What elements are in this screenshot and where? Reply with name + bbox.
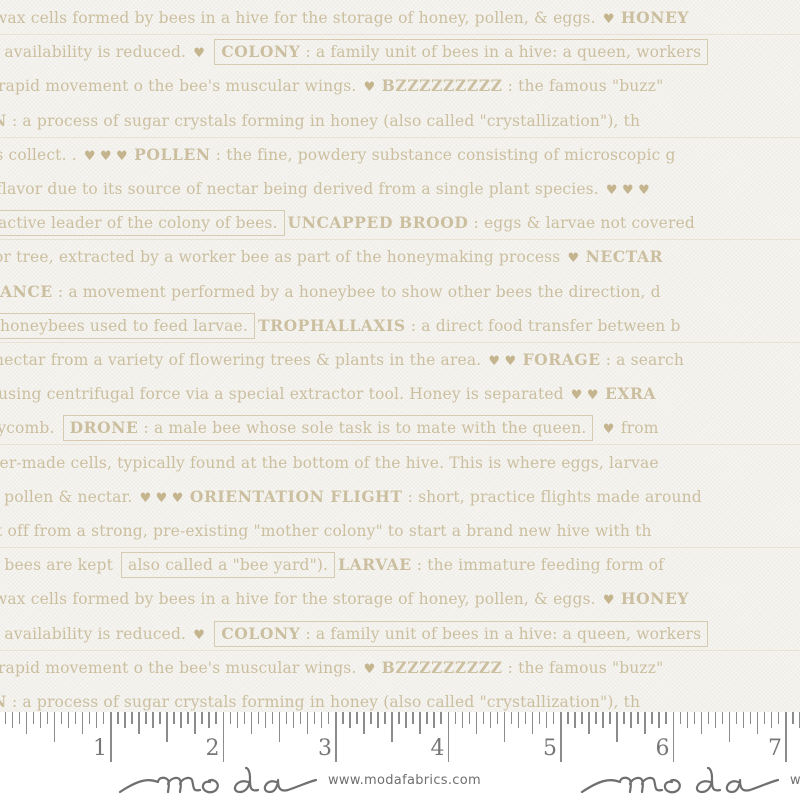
ruler-tick — [680, 712, 682, 724]
ruler-tick — [5, 712, 7, 724]
ruler-tick — [497, 712, 499, 724]
glossary-text: e availability is reduced. — [0, 43, 191, 61]
glossary-term: BZZZZZZZZZ — [382, 76, 503, 95]
glossary-text: : a direct food transfer between b — [406, 317, 681, 335]
ruler-tick — [504, 712, 506, 742]
ruler-tick — [398, 712, 400, 724]
heart-icon: ♥ — [193, 628, 209, 643]
fabric-text-line: e availability is reduced. ♥ COLONY : a … — [0, 617, 711, 651]
ruler-tick — [215, 712, 217, 724]
ruler-tick — [68, 712, 70, 728]
ruler-number: 1 — [93, 736, 110, 761]
fabric-text-line: e bees are kept also called a "bee yard"… — [0, 548, 664, 582]
ruler-tick — [265, 712, 267, 728]
fabric-text-line: flavor due to its source of nectar being… — [0, 172, 652, 206]
boxed-definition: active leader of the colony of bees. — [0, 210, 285, 236]
ruler-tick — [595, 712, 597, 724]
brand-strip: www.modafabrics.com w — [0, 764, 800, 800]
glossary-term: COLONY — [221, 42, 300, 61]
ruler-tick — [82, 712, 84, 734]
ruler-tick — [279, 712, 281, 742]
measuring-ruler: 1234567 — [0, 712, 800, 764]
ruler-tick — [525, 712, 527, 724]
heart-icon: ♥ — [603, 12, 619, 27]
ruler-number: 6 — [656, 736, 673, 761]
glossary-text: wax cells formed by bees in a hive for t… — [0, 590, 601, 608]
ruler-tick — [230, 712, 232, 724]
ruler-tick — [792, 712, 794, 724]
ruler-tick — [33, 712, 35, 724]
fabric-text-line: es collect. . ♥ ♥ ♥ POLLEN : the fine, p… — [0, 138, 676, 172]
ruler-inch-tick — [448, 712, 450, 762]
fabric-text-line: DANCE : a movement performed by a honeyb… — [0, 275, 661, 309]
glossary-text: or tree, extracted by a worker bee as pa… — [0, 248, 565, 266]
glossary-text: : eggs & larvae not covered — [468, 214, 695, 232]
ruler-tick — [377, 712, 379, 728]
glossary-text: active leader of the colony of bees. — [0, 214, 278, 232]
ruler-tick — [145, 712, 147, 724]
glossary-term: HONEY — [621, 8, 689, 27]
ruler-tick — [237, 712, 239, 728]
ruler-tick — [778, 712, 780, 724]
heart-icon: ♥ ♥ — [488, 354, 520, 369]
ruler-tick — [307, 712, 309, 734]
fabric-text-line: nectar from a variety of flowering trees… — [0, 343, 684, 377]
glossary-text: : a process of sugar crystals forming in… — [7, 112, 640, 130]
heart-icon: ♥ ♥ — [571, 388, 603, 403]
ruler-tick — [567, 712, 569, 724]
glossary-text: wax cells formed by bees in a hive for t… — [0, 9, 601, 27]
ruler-tick — [511, 712, 513, 724]
glossary-term: DRONE — [70, 418, 139, 437]
fabric-text-line: active leader of the colony of bees. UNC… — [0, 206, 695, 240]
ruler-tick — [328, 712, 330, 724]
ruler-tick — [251, 712, 253, 734]
heart-icon: ♥ — [364, 662, 380, 677]
glossary-term: COLONY — [221, 624, 300, 643]
glossary-term: TROPHALLAXIS — [258, 316, 406, 335]
boxed-definition: COLONY : a family unit of bees in a hive… — [214, 39, 708, 65]
ruler-tick — [187, 712, 189, 724]
fabric-text-line: l pollen & nectar. ♥ ♥ ♥ ORIENTATION FLI… — [0, 480, 702, 514]
ruler-tick — [588, 712, 590, 734]
heart-icon: ♥ ♥ ♥ — [140, 491, 188, 506]
glossary-text: : a male bee whose sole task is to mate … — [138, 419, 586, 437]
ruler-tick — [173, 712, 175, 724]
fabric-text-line: wax cells formed by bees in a hive for t… — [0, 582, 689, 616]
glossary-term: BZZZZZZZZZ — [382, 658, 503, 677]
ruler-inch-tick — [785, 712, 787, 762]
ruler-tick — [630, 712, 632, 728]
ruler-tick — [208, 712, 210, 728]
ruler-tick — [152, 712, 154, 728]
heart-icon: ♥ ♥ ♥ — [84, 149, 132, 164]
ruler-tick — [440, 712, 442, 724]
fabric-text-line: honeybees used to feed larvae. TROPHALLA… — [0, 309, 681, 343]
glossary-term: POLLEN — [134, 145, 211, 164]
glossary-text: rapid movement o the bee's muscular wing… — [0, 77, 362, 95]
ruler-tick — [166, 712, 168, 742]
glossary-text: eycomb. — [0, 419, 60, 437]
ruler-tick — [736, 712, 738, 724]
ruler-tick — [715, 712, 717, 728]
ruler-tick — [665, 712, 667, 724]
glossary-term: DANCE — [0, 282, 53, 301]
ruler-tick — [433, 712, 435, 728]
glossary-text: nectar from a variety of flowering trees… — [0, 351, 486, 369]
ruler-tick — [300, 712, 302, 724]
glossary-text: t off from a strong, pre-existing "mothe… — [0, 522, 652, 540]
glossary-term: NECTAR — [586, 247, 664, 266]
ruler-tick — [363, 712, 365, 734]
ruler-tick — [750, 712, 752, 724]
ruler-tick — [19, 712, 21, 724]
ruler-tick — [349, 712, 351, 728]
ruler-tick — [391, 712, 393, 742]
ruler-tick — [138, 712, 140, 734]
glossary-text: : a process of sugar crystals forming in… — [7, 693, 640, 711]
fabric-text-line: e availability is reduced. ♥ COLONY : a … — [0, 35, 711, 69]
ruler-tick — [483, 712, 485, 724]
ruler-tick — [201, 712, 203, 724]
glossary-text: honeybees used to feed larvae. — [0, 317, 248, 335]
ruler-tick — [286, 712, 288, 724]
glossary-text: es collect. . — [0, 146, 82, 164]
heart-icon: ♥ — [603, 593, 619, 608]
heart-icon: ♥ — [364, 80, 380, 95]
glossary-text: using centrifugal force via a special ex… — [0, 385, 569, 403]
ruler-tick — [701, 712, 703, 734]
ruler-tick — [412, 712, 414, 724]
ruler-tick — [47, 712, 49, 724]
ruler-number: 3 — [318, 736, 335, 761]
glossary-text: e availability is reduced. — [0, 625, 191, 643]
ruler-tick — [131, 712, 133, 724]
ruler-inch-tick — [673, 712, 675, 762]
ruler-tick — [61, 712, 63, 724]
glossary-term: EXRA — [605, 384, 656, 403]
ruler-tick — [687, 712, 689, 728]
ruler-tick — [117, 712, 119, 724]
ruler-tick — [180, 712, 182, 728]
moda-logo-icon — [580, 766, 780, 798]
ruler-tick — [370, 712, 372, 724]
fabric-text-line: or tree, extracted by a worker bee as pa… — [0, 240, 663, 274]
glossary-text: : a family unit of bees in a hive: a que… — [300, 43, 701, 61]
glossary-text: : short, practice flights made around — [403, 488, 702, 506]
ruler-tick — [574, 712, 576, 728]
fabric-text-line: ker-made cells, typically found at the b… — [0, 446, 659, 480]
ruler-tick — [729, 712, 731, 742]
glossary-text: l pollen & nectar. — [0, 488, 138, 506]
glossary-text: : a search — [601, 351, 684, 369]
ruler-tick — [694, 712, 696, 724]
glossary-text: : the immature feeding form of — [412, 556, 664, 574]
glossary-text: flavor due to its source of nectar being… — [0, 180, 604, 198]
fabric-text-line: eycomb. DRONE : a male bee whose sole ta… — [0, 411, 659, 445]
ruler-number: 5 — [543, 736, 560, 761]
moda-logo-icon — [118, 766, 318, 798]
ruler-tick — [532, 712, 534, 734]
ruler-inch-tick — [110, 712, 112, 762]
ruler-tick — [771, 712, 773, 728]
glossary-term: UNCAPPED BROOD — [288, 213, 469, 232]
glossary-text: also called a "bee yard"). — [128, 556, 328, 574]
ruler-tick — [539, 712, 541, 724]
ruler-tick — [258, 712, 260, 724]
heart-icon: ♥ — [598, 422, 618, 437]
ruler-tick — [708, 712, 710, 724]
fabric-text-line: wax cells formed by bees in a hive for t… — [0, 1, 689, 35]
ruler-tick — [722, 712, 724, 724]
fabric-text-line: using centrifugal force via a special ex… — [0, 377, 656, 411]
glossary-text: : a family unit of bees in a hive: a que… — [300, 625, 701, 643]
ruler-number: 4 — [431, 736, 448, 761]
ruler-tick — [272, 712, 274, 724]
ruler-inch-tick — [335, 712, 337, 762]
glossary-text: : the fine, powdery substance consisting… — [211, 146, 676, 164]
ruler-tick — [609, 712, 611, 724]
ruler-tick — [405, 712, 407, 728]
fabric-text-line: rapid movement o the bee's muscular wing… — [0, 69, 663, 103]
ruler-tick — [12, 712, 14, 728]
glossary-term: ON — [0, 692, 7, 711]
website-url-partial: w — [790, 773, 800, 788]
ruler-tick — [419, 712, 421, 734]
ruler-tick — [455, 712, 457, 724]
ruler-number: 7 — [768, 736, 785, 761]
glossary-term: LARVAE — [338, 555, 412, 574]
glossary-term: FORAGE — [523, 350, 601, 369]
ruler-tick — [342, 712, 344, 724]
fabric-text-line: t off from a strong, pre-existing "mothe… — [0, 514, 652, 548]
ruler-tick — [469, 712, 471, 724]
heart-icon: ♥ — [193, 46, 209, 61]
ruler-tick — [26, 712, 28, 734]
glossary-term: HONEY — [621, 589, 689, 608]
ruler-tick — [40, 712, 42, 728]
ruler-tick — [103, 712, 105, 724]
ruler-tick — [546, 712, 548, 728]
glossary-text: from — [621, 419, 659, 437]
ruler-tick — [764, 712, 766, 724]
ruler-tick — [356, 712, 358, 724]
ruler-tick — [518, 712, 520, 728]
glossary-term: ON — [0, 111, 7, 130]
ruler-tick — [757, 712, 759, 734]
ruler-tick — [384, 712, 386, 724]
ruler-tick — [321, 712, 323, 728]
ruler-tick — [743, 712, 745, 728]
ruler-tick — [623, 712, 625, 724]
boxed-definition: also called a "bee yard"). — [121, 552, 335, 578]
ruler-tick — [159, 712, 161, 724]
glossary-text: ker-made cells, typically found at the b… — [0, 454, 659, 472]
ruler-tick — [314, 712, 316, 724]
ruler-tick — [244, 712, 246, 724]
ruler-tick — [462, 712, 464, 728]
ruler-tick — [54, 712, 56, 742]
glossary-text: : the famous "buzz" — [503, 659, 664, 677]
ruler-tick — [426, 712, 428, 724]
boxed-definition: COLONY : a family unit of bees in a hive… — [214, 621, 708, 647]
ruler-tick — [89, 712, 91, 724]
ruler-tick — [644, 712, 646, 734]
ruler-tick — [658, 712, 660, 728]
heart-icon: ♥ — [567, 251, 583, 266]
heart-icon: ♥ ♥ ♥ — [606, 183, 650, 198]
ruler-tick — [637, 712, 639, 724]
ruler-tick — [553, 712, 555, 724]
ruler-inch-tick — [560, 712, 562, 762]
glossary-text: : the famous "buzz" — [503, 77, 664, 95]
fabric-text-line: ON : a process of sugar crystals forming… — [0, 104, 640, 138]
ruler-tick — [75, 712, 77, 724]
ruler-tick — [581, 712, 583, 724]
ruler-tick — [293, 712, 295, 728]
glossary-term: ORIENTATION FLIGHT — [190, 487, 403, 506]
boxed-definition: DRONE : a male bee whose sole task is to… — [63, 415, 594, 441]
ruler-tick — [194, 712, 196, 734]
ruler-inch-tick — [223, 712, 225, 762]
fabric-swatch: wax cells formed by bees in a hive for t… — [0, 0, 800, 716]
website-url: www.modafabrics.com — [328, 773, 481, 788]
ruler-tick — [476, 712, 478, 734]
ruler-tick — [490, 712, 492, 728]
ruler-tick — [616, 712, 618, 742]
ruler-tick — [602, 712, 604, 728]
boxed-definition: honeybees used to feed larvae. — [0, 313, 255, 339]
fabric-text-line: rapid movement o the bee's muscular wing… — [0, 651, 663, 685]
ruler-tick — [96, 712, 98, 728]
ruler-tick — [124, 712, 126, 728]
glossary-text: rapid movement o the bee's muscular wing… — [0, 659, 362, 677]
ruler-number: 2 — [206, 736, 223, 761]
ruler-tick — [651, 712, 653, 724]
glossary-text: : a movement performed by a honeybee to … — [53, 283, 661, 301]
glossary-text: e bees are kept — [0, 556, 118, 574]
